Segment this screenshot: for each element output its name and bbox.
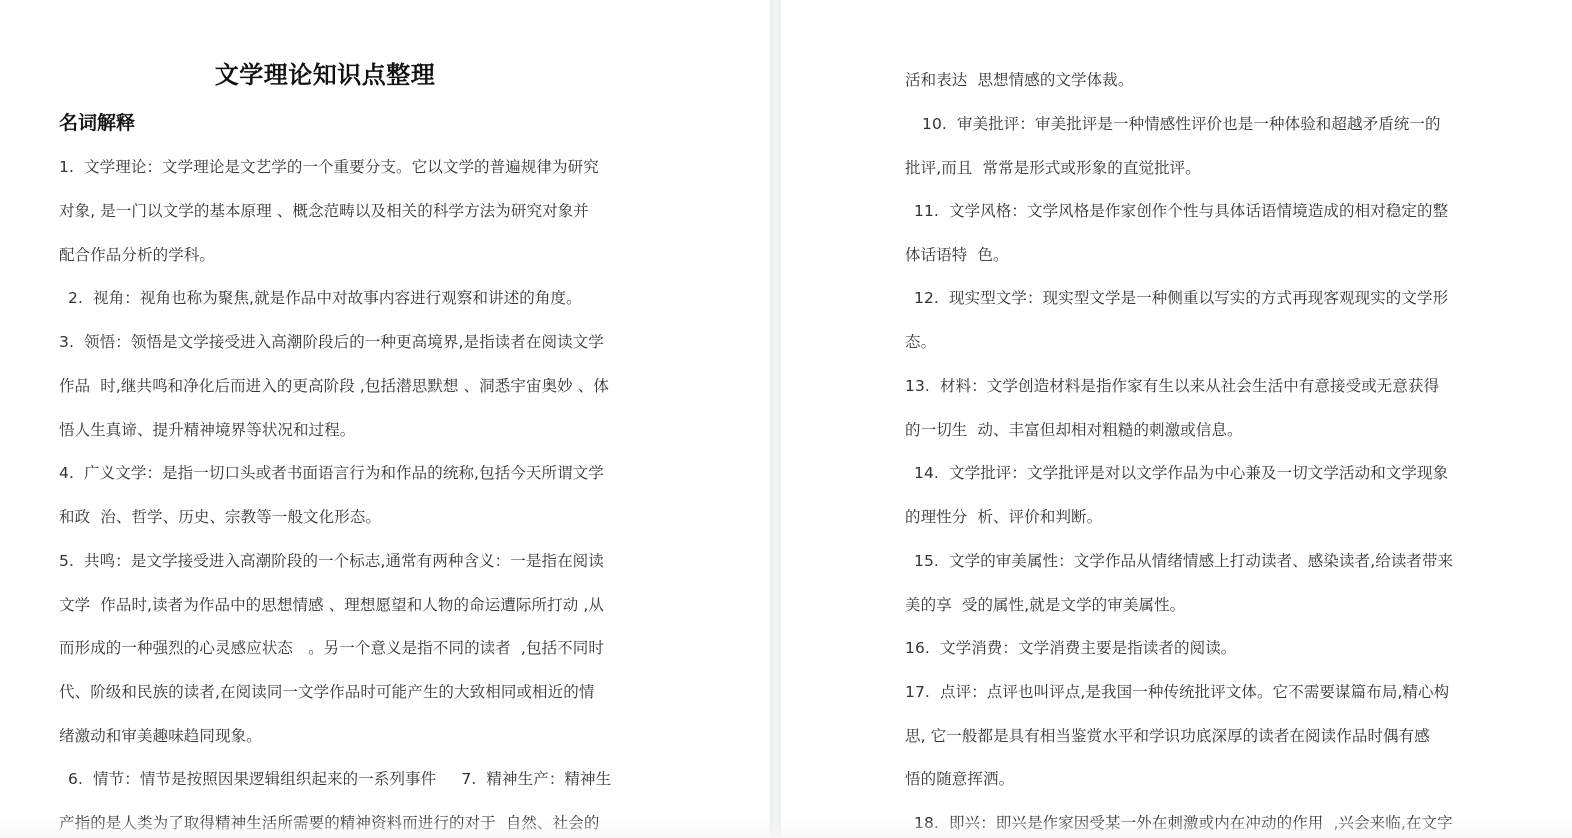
text-line: 活和表达 思想情感的文学体裁。 <box>905 70 1133 90</box>
text-line: 13. 材料：文学创造材料是指作家有生以来从社会生活中有意接受或无意获得 <box>905 376 1439 396</box>
text-line: 6. 情节：情节是按照因果逻辑组织起来的一系列事件 7. 精神生产：精神生 <box>68 769 611 789</box>
text-line: 1. 文学理论：文学理论是文艺学的一个重要分支。它以文学的普遍规律为研究 <box>59 157 599 177</box>
text-line: 的理性分 析、评价和判断。 <box>905 507 1102 527</box>
text-line: 代、阶级和民族的读者,在阅读同一文学作品时可能产生的大致相同或相近的情 <box>59 682 594 702</box>
text-line: 11. 文学风格：文学风格是作家创作个性与具体话语情境造成的相对稳定的整 <box>914 201 1448 221</box>
text-line: 配合作品分析的学科。 <box>59 245 215 265</box>
text-line: 文学 作品时,读者为作品中的思想情感 、理想愿望和人物的命运遭际所打动 ,从 <box>59 595 604 615</box>
text-line: 批评,而且 常常是形式或形象的直觉批评。 <box>905 158 1201 178</box>
text-line: 体话语特 色。 <box>905 245 1009 265</box>
document-page-left: 文学理论知识点整理 名词解释 1. 文学理论：文学理论是文艺学的一个重要分支。它… <box>0 0 770 838</box>
text-line: 4. 广义文学：是指一切口头或者书面语言行为和作品的统称,包括今天所谓文学 <box>59 463 604 483</box>
text-line: 的一切生 动、丰富但却相对粗糙的刺激或信息。 <box>905 420 1243 440</box>
text-line: 悟人生真谛、提升精神境界等状况和过程。 <box>59 420 355 440</box>
text-line: 5. 共鸣：是文学接受进入高潮阶段的一个标志,通常有两种含义：一是指在阅读 <box>59 551 604 571</box>
document-page-right: 活和表达 思想情感的文学体裁。10. 审美批评：审美批评是一种情感性评价也是一种… <box>781 0 1572 838</box>
text-line: 作品 时,继共鸣和净化后而进入的更高阶段 ,包括潜思默想 、洞悉宇宙奥妙 、体 <box>59 376 609 396</box>
text-line: 而形成的一种强烈的心灵感应状态 。另一个意义是指不同的读者 ,包括不同时 <box>59 638 604 658</box>
text-line: 2. 视角：视角也称为聚焦,就是作品中对故事内容进行观察和讲述的角度。 <box>68 288 582 308</box>
text-line: 16. 文学消费：文学消费主要是指读者的阅读。 <box>905 638 1236 658</box>
text-line: 产指的是人类为了取得精神生活所需要的精神资料而进行的对于 自然、社会的 <box>59 813 599 833</box>
text-line: 和政 治、哲学、历史、宗教等一般文化形态。 <box>59 507 381 527</box>
text-line: 18. 即兴：即兴是作家因受某一外在刺激或内在冲动的作用 ,兴会来临,在文字 <box>914 813 1453 833</box>
page-divider <box>770 0 781 838</box>
text-line: 12. 现实型文学：现实型文学是一种侧重以写实的方式再现客观现实的文学形 <box>914 288 1448 308</box>
text-line: 15. 文学的审美属性：文学作品从情绪情感上打动读者、感染读者,给读者带来 <box>914 551 1453 571</box>
document-title: 文学理论知识点整理 <box>0 55 650 90</box>
text-line: 美的享 受的属性,就是文学的审美属性。 <box>905 595 1185 615</box>
text-line: 思, 它一般都是具有相当鉴赏水平和学识功底深厚的读者在阅读作品时偶有感 <box>905 726 1430 746</box>
text-line: 10. 审美批评：审美批评是一种情感性评价也是一种体验和超越矛盾统一的 <box>922 114 1441 134</box>
text-line: 3. 领悟：领悟是文学接受进入高潮阶段后的一种更高境界,是指读者在阅读文学 <box>59 332 604 352</box>
text-line: 对象, 是一门以文学的基本原理 、概念范畴以及相关的科学方法为研究对象并 <box>59 201 589 221</box>
section-heading: 名词解释 <box>59 108 135 135</box>
text-line: 悟的随意挥洒。 <box>905 769 1014 789</box>
text-line: 17. 点评：点评也叫评点,是我国一种传统批评文体。它不需要谋篇布局,精心构 <box>905 682 1449 702</box>
text-line: 态。 <box>905 332 936 352</box>
text-line: 绪激动和审美趣味趋同现象。 <box>59 726 262 746</box>
text-line: 14. 文学批评：文学批评是对以文学作品为中心兼及一切文学活动和文学现象 <box>914 463 1448 483</box>
